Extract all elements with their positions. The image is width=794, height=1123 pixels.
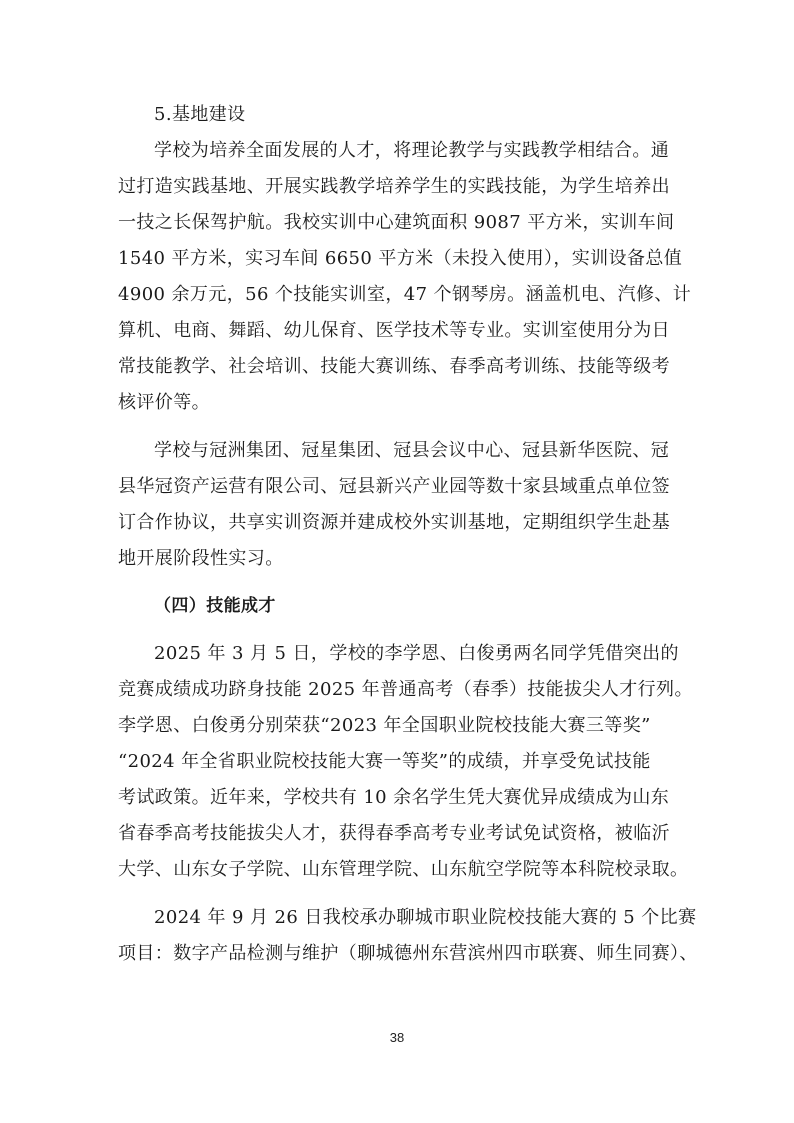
text-line: 4900 余万元，56 个技能实训室，47 个钢琴房。涵盖机电、汽修、计 [118,283,691,307]
text-line: 竞赛成绩成功跻身技能 2025 年普通高考（春季）技能拔尖人才行列。 [118,678,693,702]
text-line: 项目：数字产品检测与维护（聊城德州东营滨州四市联赛、师生同赛）、 [118,942,698,966]
text-line: 核评价等。 [118,391,210,415]
text-line: 订合作协议，共享实训资源并建成校外实训基地，定期组织学生赴基 [118,511,670,535]
subsection-heading: （四）技能成才 [154,594,276,618]
text-line: 李学恩、白俊勇分别荣获“2023 年全国职业院校技能大赛三等奖” [118,714,651,738]
text-line: “2024 年全省职业院校技能大赛一等奖”的成绩，并享受免试技能 [118,750,651,774]
text-line: 大学、山东女子学院、山东管理学院、山东航空学院等本科院校录取。 [118,858,688,882]
page-number: 38 [0,1030,794,1045]
text-line: 过打造实践基地、开展实践教学培养学生的实践技能，为学生培养出 [118,175,670,199]
text-line: 考试政策。近年来，学校共有 10 余名学生凭大赛优异成绩成为山东 [118,786,669,810]
text-line: 常技能教学、社会培训、技能大赛训练、春季高考训练、技能等级考 [118,355,670,379]
text-line: 地开展阶段性实习。 [118,547,284,571]
text-line: 2024 年 9 月 26 日我校承办聊城市职业院校技能大赛的 5 个比赛 [154,906,696,930]
text-line: 学校与冠洲集团、冠星集团、冠县会议中心、冠县新华医院、冠 [154,439,669,463]
text-line: 1540 平方米，实习车间 6650 平方米（未投入使用），实训设备总值 [118,247,682,271]
text-line: 算机、电商、舞蹈、幼儿保育、医学技术等专业。实训室使用分为日 [118,319,670,343]
text-line: 2025 年 3 月 5 日，学校的李学恩、白俊勇两名同学凭借突出的 [154,642,679,666]
text-line: 县华冠资产运营有限公司、冠县新兴产业园等数十家县域重点单位签 [118,475,670,499]
section-heading: 5.基地建设 [154,103,246,127]
text-line: 省春季高考技能拔尖人才，获得春季高考专业考试免试资格，被临沂 [118,822,670,846]
text-line: 一技之长保驾护航。我校实训中心建筑面积 9087 平方米，实训车间 [118,211,674,235]
text-line: 学校为培养全面发展的人才，将理论教学与实践教学相结合。通 [154,139,669,163]
